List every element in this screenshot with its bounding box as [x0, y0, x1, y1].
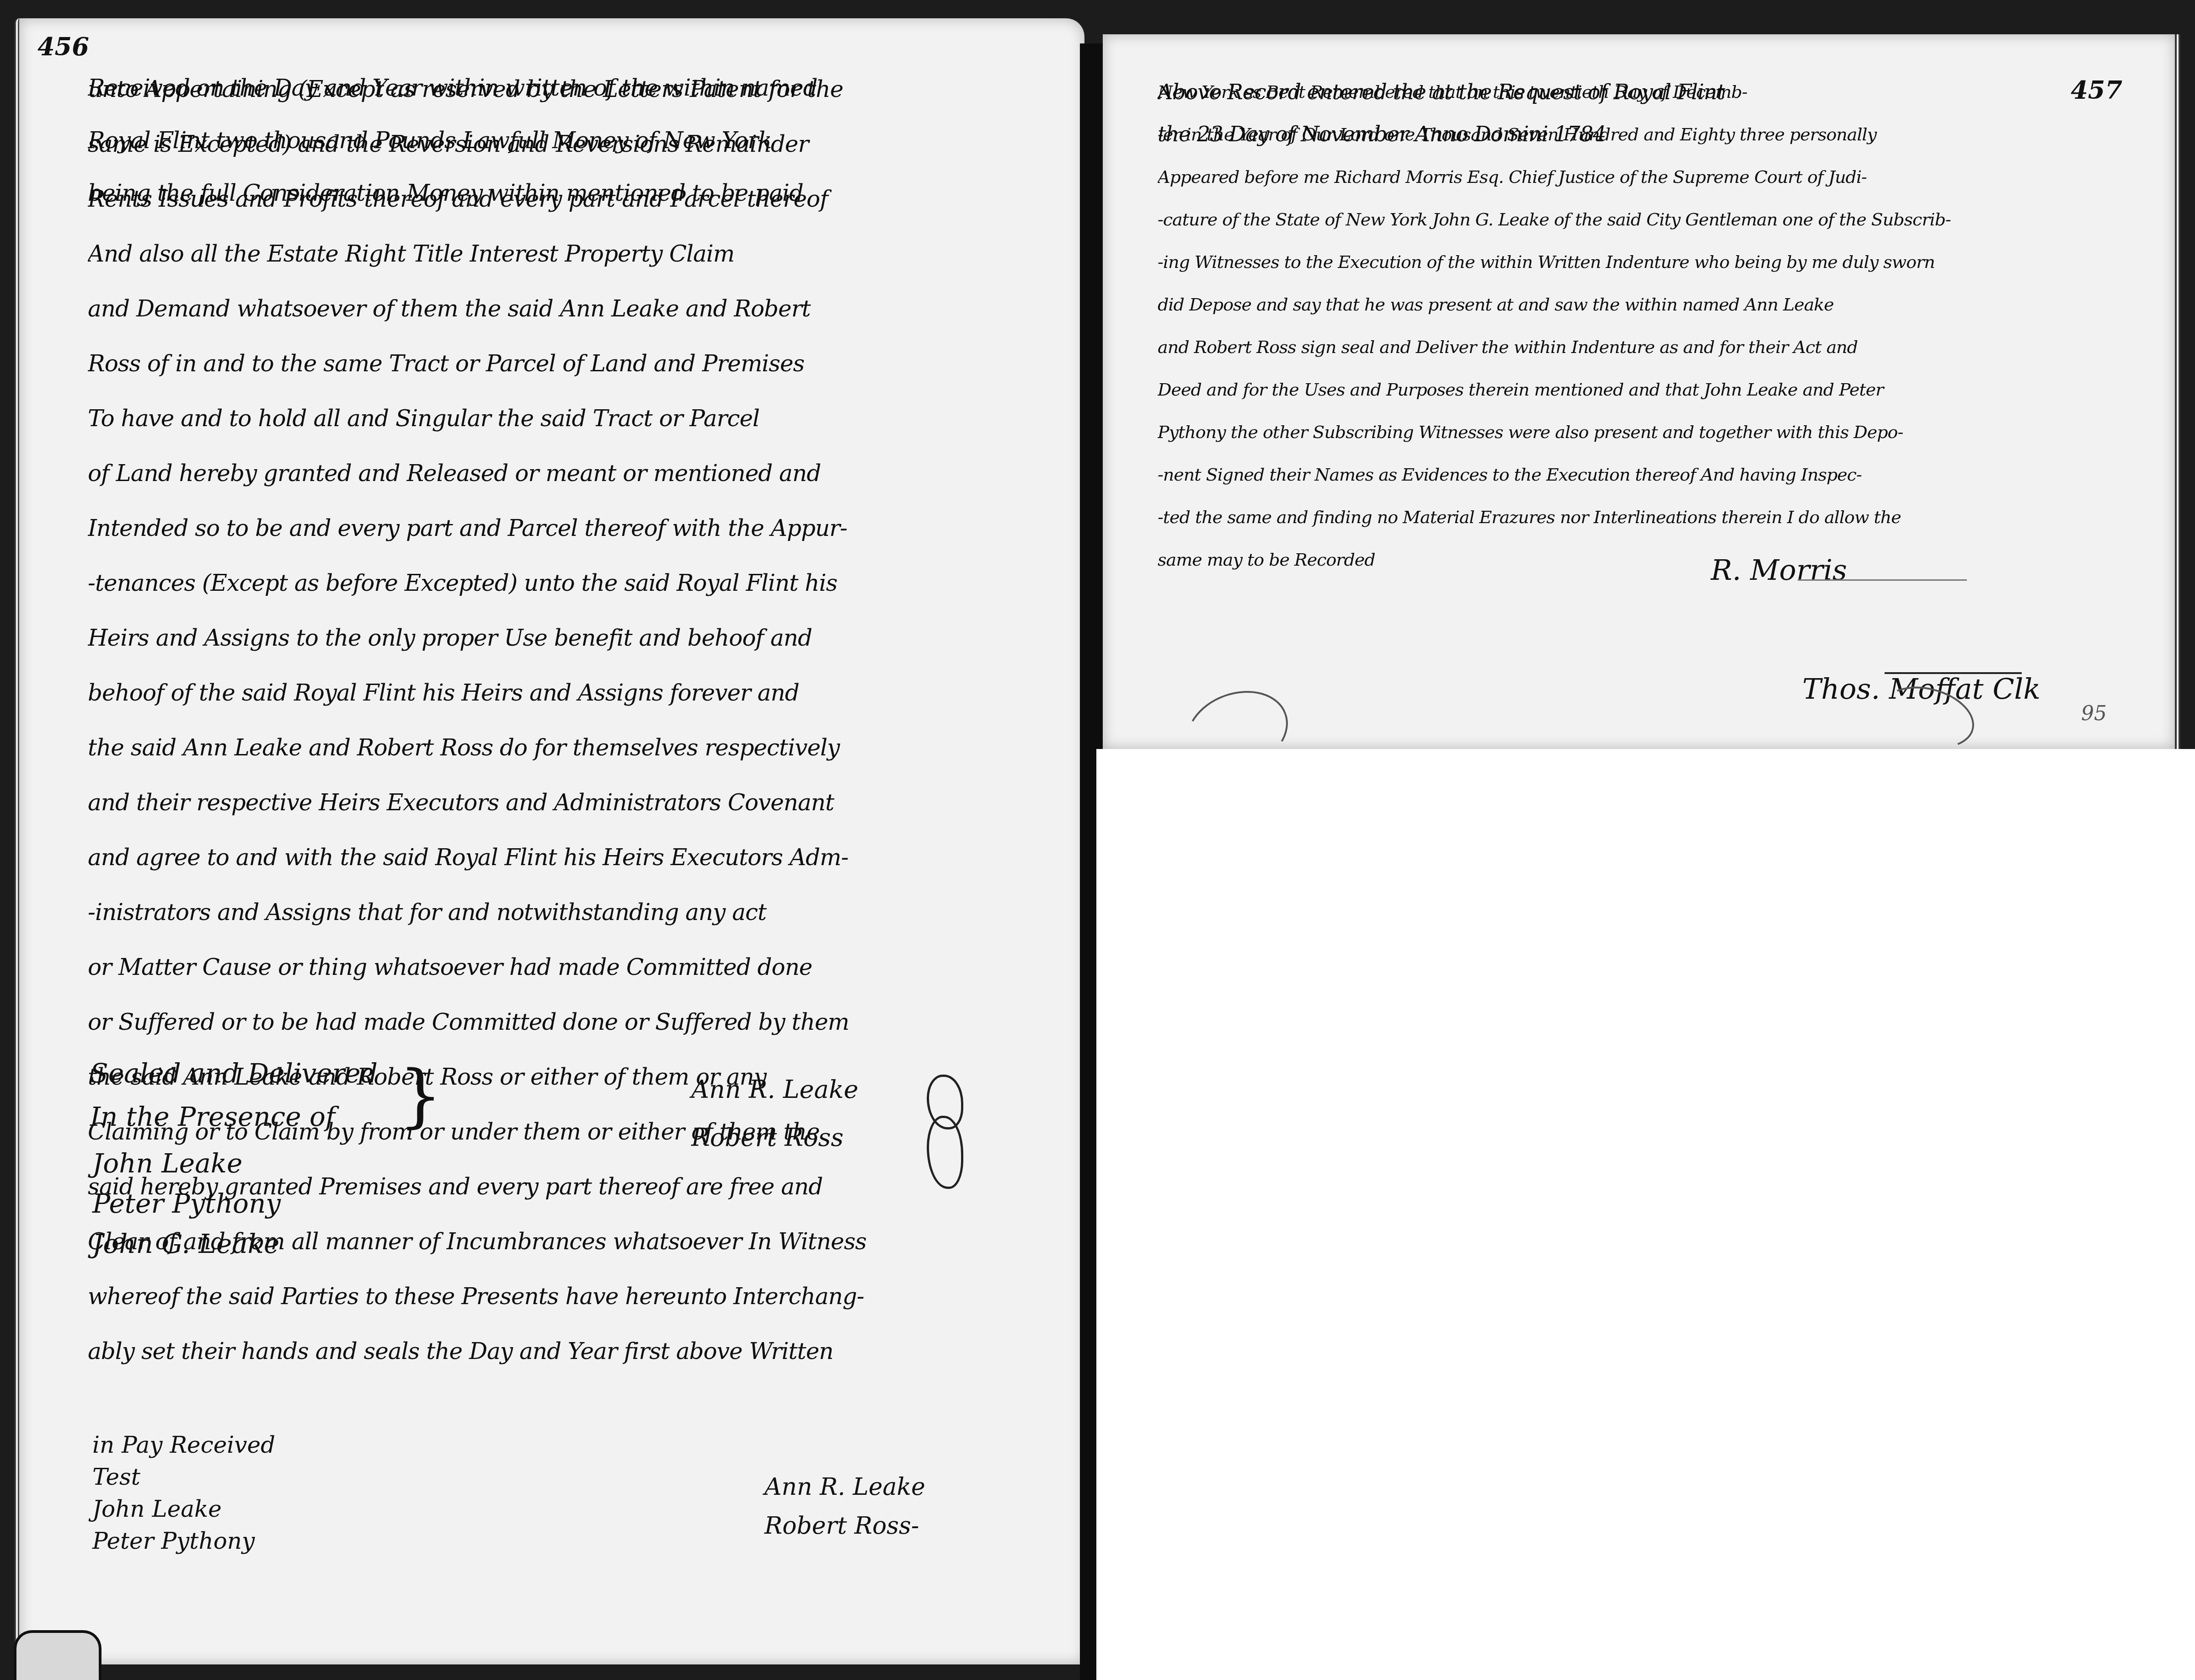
body-line: Heirs and Assigns to the only proper Use… — [88, 610, 1075, 665]
receipt-line: Received on the Day and Year within writ… — [88, 62, 1075, 114]
body-line: -ted the same and finding no Material Er… — [1158, 496, 2168, 539]
receipt-signature-ann-leake: Ann R. Leake — [764, 1468, 925, 1507]
signature-r-morris: R. Morris — [1711, 553, 1847, 587]
recorded-line: the 23 Day of November Anno Domini 1784 — [1158, 113, 2168, 155]
witness-signature: John Leake — [92, 1143, 281, 1183]
receipt-witness-signature: Peter Pythony — [92, 1525, 275, 1557]
body-line: -inistrators and Assigns that for and no… — [88, 885, 1075, 940]
body-line: or Matter Cause or thing whatsoever had … — [88, 940, 1075, 995]
body-line: did Depose and say that he was present a… — [1158, 284, 2168, 326]
body-line: same may to be Recorded — [1158, 539, 2168, 581]
body-line: and Robert Ross sign seal and Deliver th… — [1158, 326, 2168, 369]
body-line: whereof the said Parties to these Presen… — [88, 1269, 1075, 1324]
receipt-witness-block: in Pay Received Test John Leake Peter Py… — [92, 1429, 275, 1557]
receipt-signers: Ann R. Leake Robert Ross- — [764, 1468, 925, 1546]
signature-robert-ross: Robert Ross — [691, 1113, 858, 1161]
right-page: 457 New York ss Be it Remembered that on… — [1103, 34, 2180, 749]
body-line: To have and to hold all and Singular the… — [88, 391, 1075, 446]
receipt-signature-robert-ross: Robert Ross- — [764, 1507, 925, 1546]
recorded-note: Above Record entered the at the Request … — [1158, 71, 2168, 155]
signature-ann-leake: Ann R. Leake — [691, 1065, 858, 1113]
folio-pencil-note: 95 — [2081, 702, 2107, 725]
brace-mark: } — [399, 1056, 442, 1136]
receipt-test-label: Test — [92, 1461, 275, 1493]
receipt-witness-signature: John Leake — [92, 1493, 275, 1525]
receipt-paragraph: Received on the Day and Year within writ… — [88, 62, 1075, 219]
witness-signature: John G. Leake — [92, 1224, 281, 1264]
body-line: and agree to and with the said Royal Fli… — [88, 830, 1075, 885]
signature-rule — [1798, 579, 1967, 581]
receipt-line: being the full Consideration Money withi… — [88, 167, 1075, 219]
body-line: Ross of in and to the same Tract or Parc… — [88, 336, 1075, 391]
witness-signatures: John Leake Peter Pythony John G. Leake — [92, 1143, 281, 1264]
body-line: and Demand whatsoever of them the said A… — [88, 281, 1075, 336]
receipt-pay-received: in Pay Received — [92, 1429, 275, 1461]
blank-cropped-area — [1096, 749, 2195, 1680]
left-page: 456 unto Appertaining (Except as reserve… — [15, 18, 1084, 1664]
body-line: Pythony the other Subscribing Witnesses … — [1158, 411, 2168, 454]
sealed-delivered-block: Sealed and Delivered In the Presence of — [90, 1052, 378, 1139]
body-line: -tenances (Except as before Excepted) un… — [88, 556, 1075, 610]
left-page-number: 456 — [37, 32, 89, 61]
receipt-line: Royal Flint two thousand Pounds Lawfull … — [88, 114, 1075, 167]
justice-signature-block: R. Morris — [1711, 553, 1847, 587]
body-line: of Land hereby granted and Released or m… — [88, 446, 1075, 501]
witness-signature: Peter Pythony — [92, 1183, 281, 1224]
party-signatures: Ann R. Leake Robert Ross — [691, 1065, 858, 1161]
body-line: or Suffered or to be had made Committed … — [88, 995, 1075, 1049]
in-presence-label: In the Presence of — [90, 1095, 378, 1139]
body-line: Intended so to be and every part and Par… — [88, 501, 1075, 556]
body-line: -cature of the State of New York John G.… — [1158, 198, 2168, 241]
body-line: And also all the Estate Right Title Inte… — [88, 226, 1075, 281]
recorded-line: Above Record entered the at the Request … — [1158, 71, 2168, 113]
body-line: the said Ann Leake and Robert Ross do fo… — [88, 720, 1075, 775]
body-line: Appeared before me Richard Morris Esq. C… — [1158, 156, 2168, 198]
body-line: and their respective Heirs Executors and… — [88, 775, 1075, 830]
body-line: -ing Witnesses to the Execution of the w… — [1158, 241, 2168, 284]
body-line: ably set their hands and seals the Day a… — [88, 1324, 1075, 1379]
body-line: behoof of the said Royal Flint his Heirs… — [88, 665, 1075, 720]
sealed-delivered-label: Sealed and Delivered — [90, 1052, 378, 1095]
body-line: Deed and for the Uses and Purposes there… — [1158, 369, 2168, 411]
thumb-holding-page — [14, 1630, 101, 1680]
body-line: -nent Signed their Names as Evidences to… — [1158, 454, 2168, 496]
